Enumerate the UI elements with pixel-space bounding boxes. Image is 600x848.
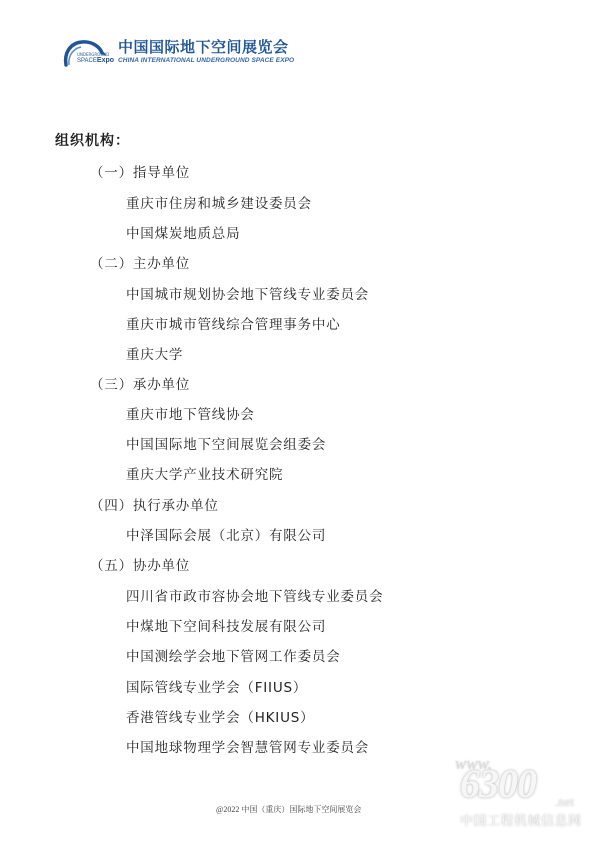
list-item: 中泽国际会展（北京）有限公司 bbox=[126, 524, 326, 544]
watermark: www. 6300 .net 中国工程机械信息网 bbox=[455, 752, 595, 832]
logo-text-space-expo: SPACEExpo bbox=[77, 57, 114, 64]
list-item: 国际管线专业学会（FIIUS） bbox=[126, 676, 307, 696]
list-item: 中国煤炭地质总局 bbox=[126, 222, 240, 242]
list-item: 重庆大学 bbox=[126, 343, 183, 363]
section-label: （一）指导单位 bbox=[90, 161, 190, 181]
list-item: 重庆大学产业技术研究院 bbox=[126, 463, 283, 483]
expo-title-cn: 中国国际地下空间展览会 bbox=[118, 39, 294, 56]
section-label: （五）协办单位 bbox=[90, 554, 190, 574]
section-label: （四）执行承办单位 bbox=[90, 494, 219, 514]
list-item: 重庆市住房和城乡建设委员会 bbox=[126, 192, 312, 212]
page-footer: @2022 中国（重庆）国际地下空间展览会 bbox=[216, 804, 361, 815]
list-item: 中国国际地下空间展览会组委会 bbox=[126, 433, 326, 453]
watermark-number: 6300 bbox=[460, 760, 536, 807]
watermark-domain: .net bbox=[555, 794, 574, 810]
expo-logo: UNDERGROUND SPACEExpo bbox=[62, 35, 114, 69]
logo-text-space: SPACE bbox=[77, 58, 97, 64]
page-header: UNDERGROUND SPACEExpo 中国国际地下空间展览会 CHINA … bbox=[62, 34, 294, 70]
list-item: 重庆市城市管线综合管理事务中心 bbox=[126, 313, 341, 333]
section-label: （二）主办单位 bbox=[90, 252, 190, 272]
list-item: 香港管线专业学会（HKIUS） bbox=[126, 706, 314, 726]
expo-title-en: CHINA INTERNATIONAL UNDERGROUND SPACE EX… bbox=[118, 56, 294, 66]
section-label: （三）承办单位 bbox=[90, 373, 190, 393]
document-heading: 组织机构： bbox=[55, 130, 130, 150]
list-item: 中国地球物理学会智慧管网专业委员会 bbox=[126, 736, 369, 756]
logo-text-expo: Expo bbox=[97, 57, 114, 64]
list-item: 中国测绘学会地下管网工作委员会 bbox=[126, 645, 341, 665]
list-item: 中煤地下空间科技发展有限公司 bbox=[126, 615, 326, 635]
expo-brand: 中国国际地下空间展览会 CHINA INTERNATIONAL UNDERGRO… bbox=[118, 39, 294, 66]
list-item: 重庆市地下管线协会 bbox=[126, 403, 255, 423]
watermark-name: 中国工程机械信息网 bbox=[460, 810, 582, 829]
list-item: 中国城市规划协会地下管线专业委员会 bbox=[126, 283, 369, 303]
list-item: 四川省市政市容协会地下管线专业委员会 bbox=[126, 585, 383, 605]
